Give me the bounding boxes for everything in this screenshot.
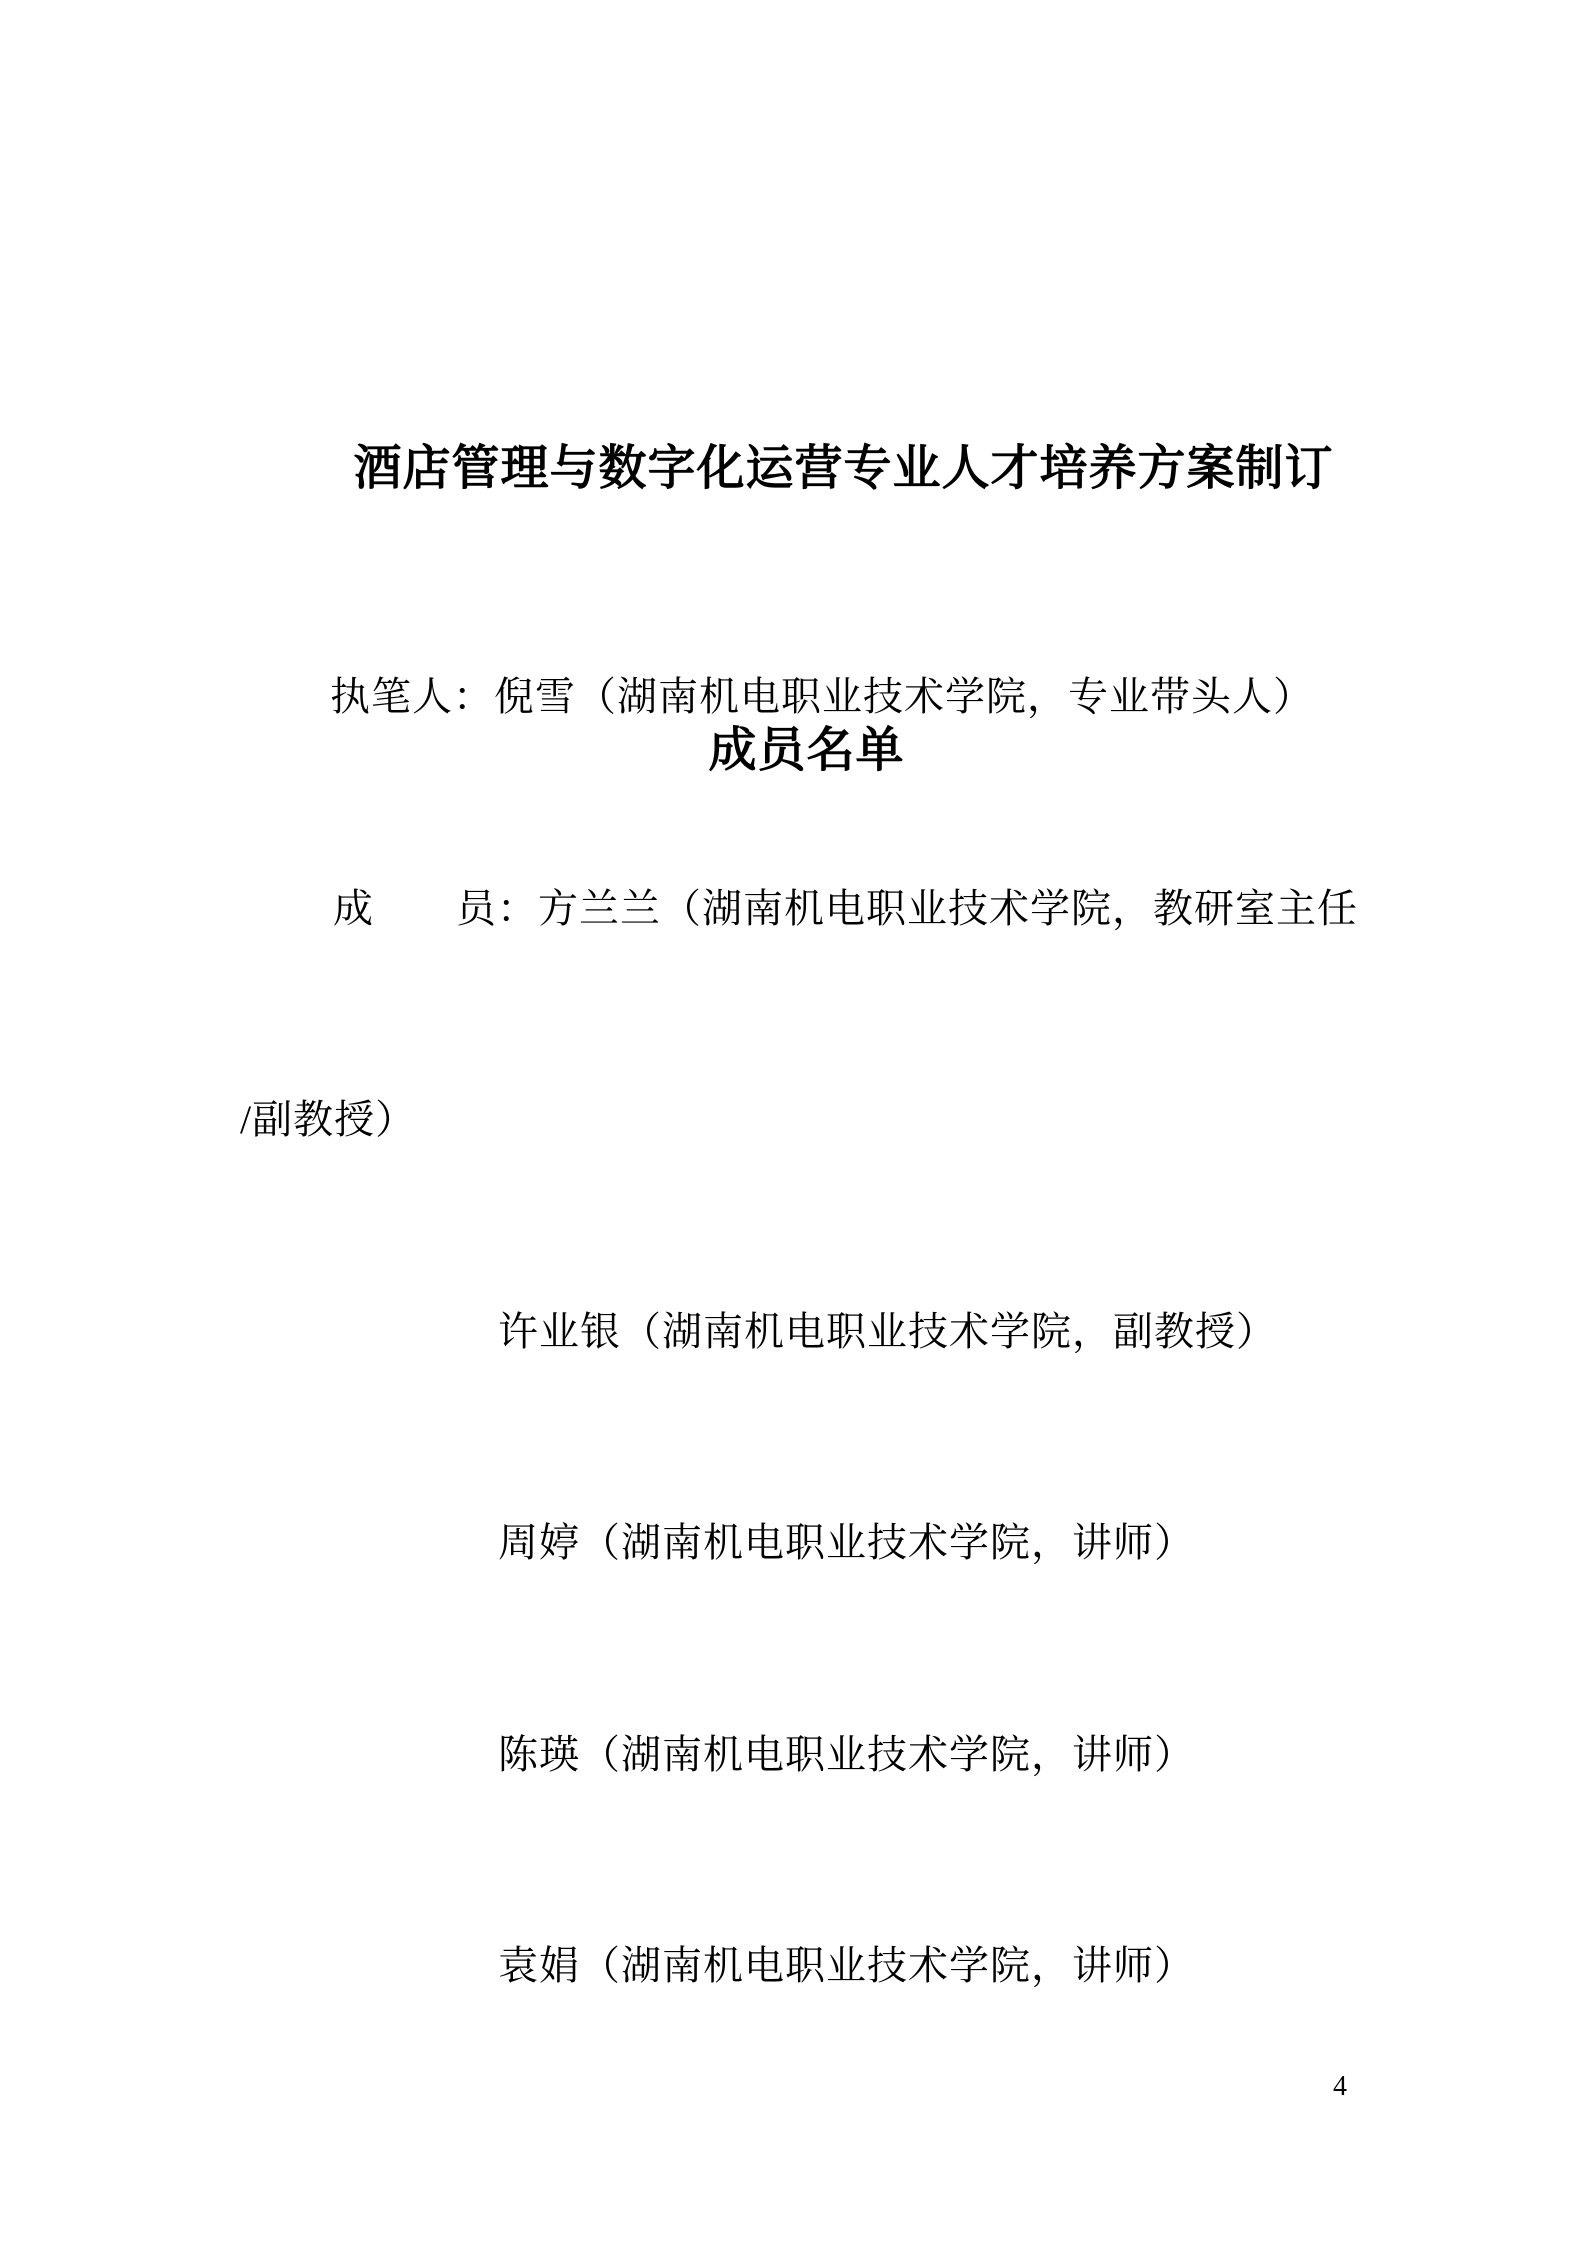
document-page: 酒店管理与数字化运营专业人才培养方案制订 成员名单 执笔人：倪雪（湖南机电职业技…	[0, 0, 1587, 2245]
page-number: 4	[1333, 2070, 1347, 2103]
title-line-1: 酒店管理与数字化运营专业人才培养方案制订	[290, 422, 1397, 516]
member-line-zhou-ting: 周婷（湖南机电职业技术学院，讲师）	[240, 1508, 1347, 1579]
member-line-members-label: 成 员：方兰兰（湖南机电职业技术学院，教研室主任	[240, 874, 1347, 945]
member-list: 执笔人：倪雪（湖南机电职业技术学院，专业带头人） 成 员：方兰兰（湖南机电职业技…	[240, 521, 1347, 2143]
member-line-executive-writer: 执笔人：倪雪（湖南机电职业技术学院，专业带头人）	[240, 662, 1347, 733]
member-line-yuan-juan: 袁娟（湖南机电职业技术学院，讲师）	[240, 1931, 1347, 2002]
member-line-wrapped-suffix: /副教授）	[240, 1085, 1347, 1156]
member-line-xu-yeyin: 许业银（湖南机电职业技术学院，副教授）	[240, 1297, 1347, 1368]
member-line-chen-ying: 陈瑛（湖南机电职业技术学院，讲师）	[240, 1720, 1347, 1791]
